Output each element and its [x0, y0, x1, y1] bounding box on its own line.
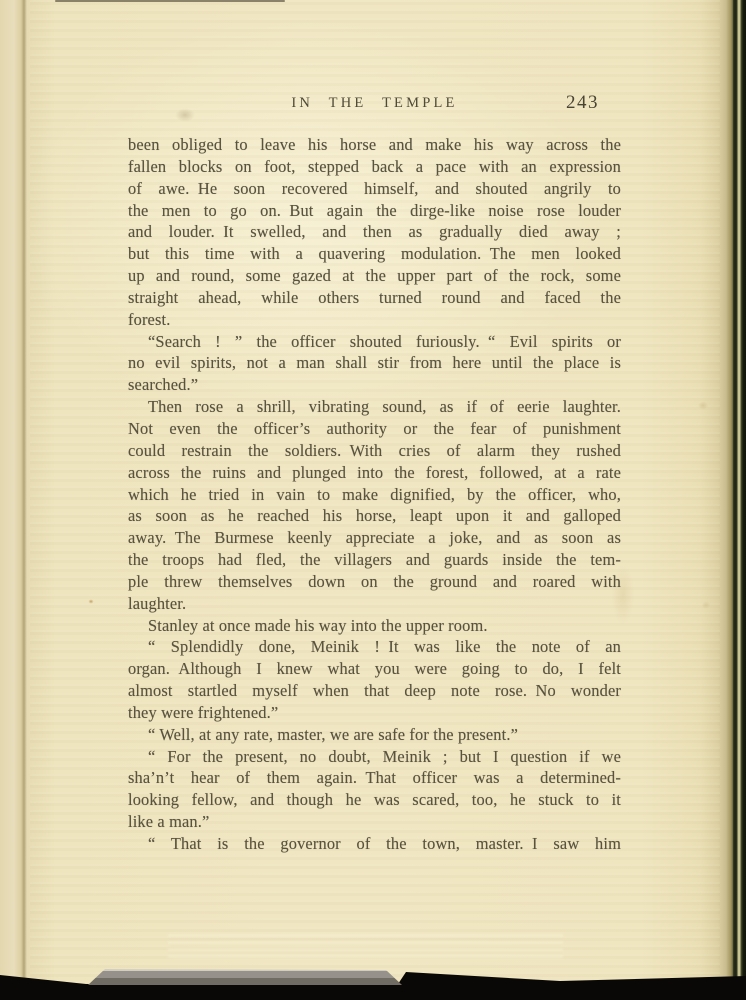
text-line: they were frightened.”: [128, 702, 621, 724]
text-line: forest.: [128, 309, 621, 331]
text-line: been obliged to leave his horse and make…: [128, 134, 621, 156]
text-line: searched.”: [128, 374, 621, 396]
text-line: the men to go on. But again the dirge-li…: [128, 200, 621, 222]
text-line: of awe. He soon recovered himself, and s…: [128, 178, 621, 200]
text-line: straight ahead, while others turned roun…: [128, 287, 621, 309]
text-line: looking fellow, and though he was scared…: [128, 789, 621, 811]
text-line: laughter.: [128, 593, 621, 615]
text-line: fallen blocks on foot, stepped back a pa…: [128, 156, 621, 178]
text-line: like a man.”: [128, 811, 621, 833]
text-line: and louder. It swelled, and then as grad…: [128, 221, 621, 243]
running-title: IN THE TEMPLE: [128, 92, 621, 112]
text-line: no evil spirits, not a man shall stir fr…: [128, 352, 621, 374]
text-line: the troops had fled, the villagers and g…: [128, 549, 621, 571]
text-line: “ That is the governor of the town, mast…: [128, 833, 621, 855]
text-line: “ Well, at any rate, master, we are safe…: [128, 724, 621, 746]
text-block: been obliged to leave his horse and make…: [128, 134, 621, 855]
text-line: across the ruins and plunged into the fo…: [128, 462, 621, 484]
text-line: Then rose a shrill, vibrating sound, as …: [128, 396, 621, 418]
text-line: sha’n’t hear of them again. That officer…: [128, 767, 621, 789]
text-line: as soon as he reached his horse, leapt u…: [128, 505, 621, 527]
text-line: “Search ! ” the officer shouted furiousl…: [128, 331, 621, 353]
text-line: “ Splendidly done, Meinik ! It was like …: [128, 636, 621, 658]
text-line: could restrain the soldiers. With cries …: [128, 440, 621, 462]
text-line: ple threw themselves down on the ground …: [128, 571, 621, 593]
page-block-edge: [88, 969, 402, 985]
page-header: IN THE TEMPLE 243: [128, 92, 621, 114]
scan-top-edge-line: [55, 0, 285, 2]
page-number: 243: [566, 92, 599, 114]
text-line: almost startled myself when that deep no…: [128, 680, 621, 702]
paper-bottom-sheen: [168, 934, 563, 958]
text-line: Not even the officer’s authority or the …: [128, 418, 621, 440]
text-line: but this time with a quavering modulatio…: [128, 243, 621, 265]
scanned-book-page: IN THE TEMPLE 243 been obliged to leave …: [0, 0, 746, 1000]
text-line: up and round, some gazed at the upper pa…: [128, 265, 621, 287]
text-line: away. The Burmese keenly appreciate a jo…: [128, 527, 621, 549]
text-line: organ. Although I knew what you were goi…: [128, 658, 621, 680]
text-line: which he tried in vain to make dignified…: [128, 484, 621, 506]
book-cover-right-edge: [733, 0, 746, 1000]
text-line: “ For the present, no doubt, Meinik ; bu…: [128, 746, 621, 768]
text-line: Stanley at once made his way into the up…: [128, 615, 621, 637]
